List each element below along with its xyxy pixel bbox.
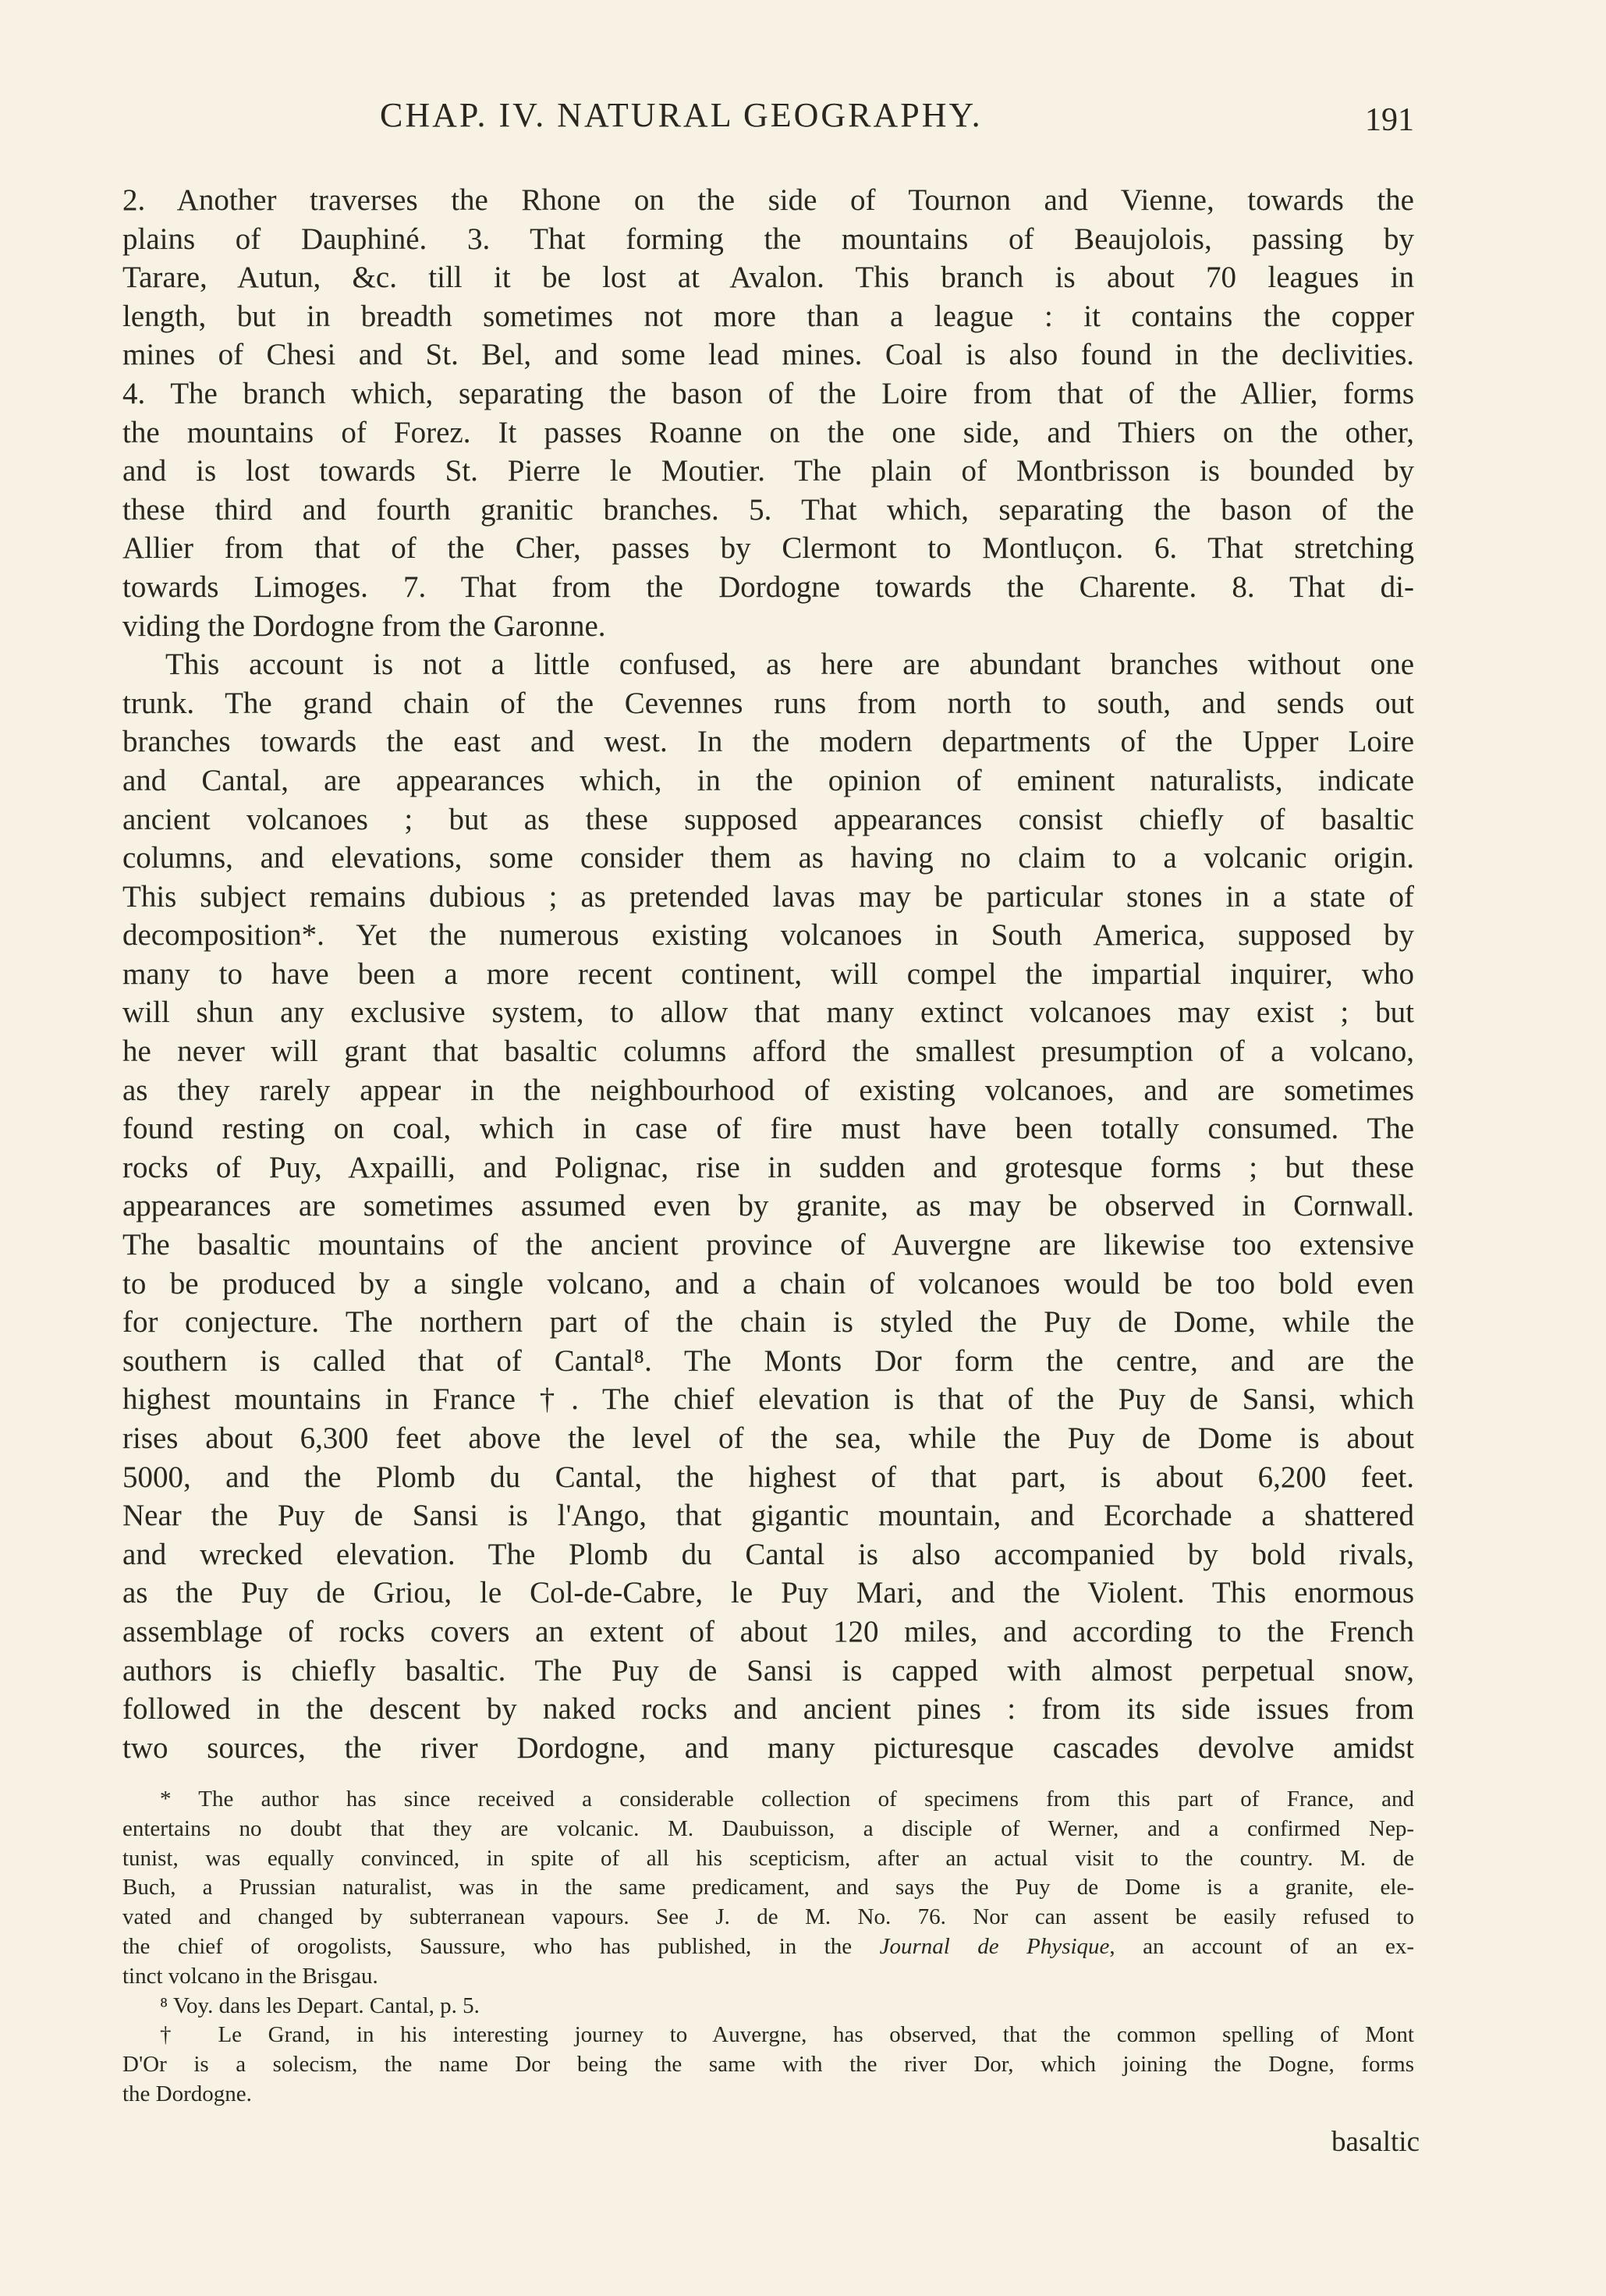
footnote-text: the chief of orogolists, Saussure, who h…: [122, 1934, 880, 1959]
text-line: towards Limoges. 7. That from the Dordog…: [122, 568, 1414, 607]
footnote-line: Buch, a Prussian naturalist, was in the …: [122, 1873, 1414, 1903]
text-line: columns, and elevations, some consider t…: [122, 839, 1414, 878]
text-line: The basaltic mountains of the ancient pr…: [122, 1226, 1414, 1265]
text-line: Allier from that of the Cher, passes by …: [122, 529, 1414, 568]
text-line: will shun any exclusive system, to allow…: [122, 993, 1414, 1032]
text-line: 2. Another traverses the Rhone on the si…: [122, 181, 1414, 220]
journal-title: Journal de Physique: [880, 1934, 1110, 1959]
text-line: for conjecture. The northern part of the…: [122, 1303, 1414, 1342]
text-line: as the Puy de Griou, le Col-de-Cabre, le…: [122, 1574, 1414, 1613]
text-line: he never will grant that basaltic column…: [122, 1032, 1414, 1071]
text-line: length, but in breadth sometimes not mor…: [122, 297, 1414, 336]
text-line: and is lost towards St. Pierre le Moutie…: [122, 452, 1414, 491]
text-line: rocks of Puy, Axpailli, and Polignac, ri…: [122, 1148, 1414, 1187]
text-line: plains of Dauphiné. 3. That forming the …: [122, 220, 1414, 259]
text-line: to be produced by a single volcano, and …: [122, 1265, 1414, 1304]
footnote-line: the Dordogne.: [122, 2080, 1414, 2110]
text-line: followed in the descent by naked rocks a…: [122, 1690, 1414, 1729]
text-line: two sources, the river Dordogne, and man…: [122, 1729, 1414, 1768]
running-head: CHAP. IV. NATURAL GEOGRAPHY. 191: [122, 92, 1414, 139]
text-line: assemblage of rocks covers an extent of …: [122, 1613, 1414, 1652]
footnote-8: ⁸ Voy. dans les Depart. Cantal, p. 5.: [122, 1992, 1414, 2021]
text-line: southern is called that of Cantal⁸. The …: [122, 1342, 1414, 1381]
text-line: highest mountains in France †. The chief…: [122, 1380, 1414, 1419]
text-line: and wrecked elevation. The Plomb du Cant…: [122, 1535, 1414, 1574]
footnotes: * The author has since received a consid…: [122, 1785, 1414, 2110]
text-line: branches towards the east and west. In t…: [122, 722, 1414, 761]
footnote-line: * The author has since received a consid…: [122, 1785, 1414, 1815]
footnote-line: tinct volcano in the Brisgau.: [122, 1962, 1414, 1992]
text-line: as they rarely appear in the neighbourho…: [122, 1071, 1414, 1110]
text-line: and Cantal, are appearances which, in th…: [122, 761, 1414, 800]
text-line: these third and fourth granitic branches…: [122, 491, 1414, 530]
text-line: 5000, and the Plomb du Cantal, the highe…: [122, 1458, 1414, 1497]
footnote-line: the chief of orogolists, Saussure, who h…: [122, 1932, 1414, 1962]
text-line: rises about 6,300 feet above the level o…: [122, 1419, 1414, 1458]
text-line: the mountains of Forez. It passes Roanne…: [122, 413, 1414, 452]
text-line: authors is chiefly basaltic. The Puy de …: [122, 1652, 1414, 1691]
text-line: trunk. The grand chain of the Cevennes r…: [122, 684, 1414, 723]
footnote-line: vated and changed by subterranean vapour…: [122, 1903, 1414, 1932]
text-line: Tarare, Autun, &c. till it be lost at Av…: [122, 258, 1414, 297]
footnote-line: ⁸ Voy. dans les Depart. Cantal, p. 5.: [122, 1992, 1414, 2021]
footnote-asterisk: * The author has since received a consid…: [122, 1785, 1414, 1992]
footnote-line: † Le Grand, in his interesting journey t…: [122, 2021, 1414, 2050]
paragraph-start-line: This account is not a little confused, a…: [122, 645, 1414, 684]
text-line: decomposition*. Yet the numerous existin…: [122, 916, 1414, 955]
footnote-dagger: † Le Grand, in his interesting journey t…: [122, 2021, 1414, 2109]
text-line: This subject remains dubious ; as preten…: [122, 878, 1414, 917]
text-line: many to have been a more recent continen…: [122, 955, 1414, 994]
running-title: CHAP. IV. NATURAL GEOGRAPHY.: [380, 92, 983, 139]
text-line: found resting on coal, which in case of …: [122, 1109, 1414, 1148]
text-line: 4. The branch which, separating the baso…: [122, 374, 1414, 413]
footnote-text: , an account of an ex-: [1109, 1934, 1414, 1959]
text-line: appearances are sometimes assumed even b…: [122, 1187, 1414, 1226]
footnote-line: tunist, was equally convinced, in spite …: [122, 1844, 1414, 1874]
text-line: mines of Chesi and St. Bel, and some lea…: [122, 335, 1414, 374]
footnote-line: D'Or is a solecism, the name Dor being t…: [122, 2050, 1414, 2080]
body-text: 2. Another traverses the Rhone on the si…: [122, 181, 1414, 1767]
text-line: viding the Dordogne from the Garonne.: [122, 607, 1414, 646]
catchword: basaltic: [1331, 2124, 1420, 2161]
text-line: Near the Puy de Sansi is l'Ango, that gi…: [122, 1496, 1414, 1535]
page-number: 191: [1365, 97, 1414, 144]
text-line: ancient volcanoes ; but as these suppose…: [122, 800, 1414, 839]
footnote-line: entertains no doubt that they are volcan…: [122, 1815, 1414, 1844]
